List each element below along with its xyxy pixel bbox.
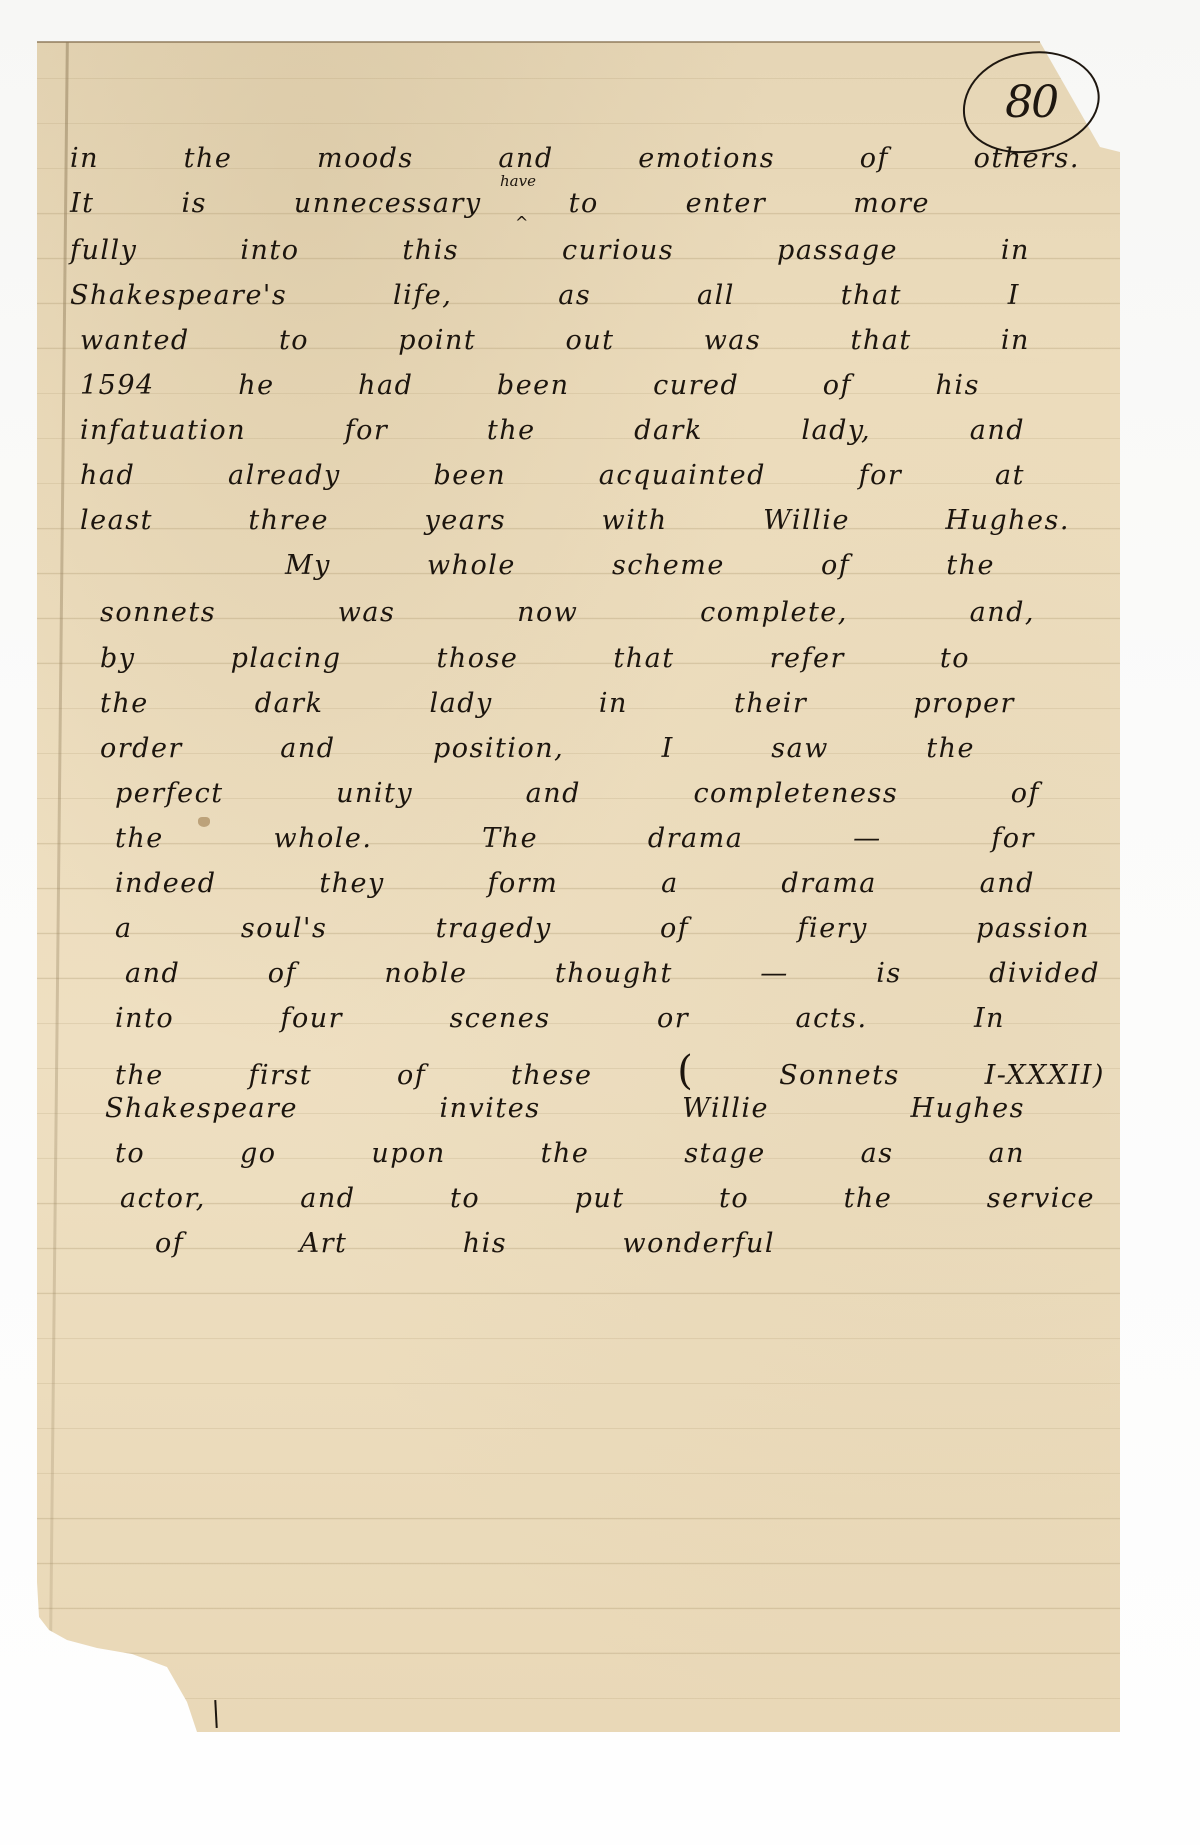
word: thought	[555, 958, 673, 989]
manuscript-line: and of noble thought — is divided	[125, 958, 1100, 989]
word: 1594	[80, 370, 155, 401]
word: for	[859, 460, 903, 491]
word: the	[184, 143, 233, 174]
manuscript-line: 1594 he had been cured of his	[80, 370, 980, 401]
word: to	[115, 1138, 145, 1169]
word: was	[338, 597, 396, 628]
word: as	[558, 280, 591, 311]
word: soul's	[241, 913, 327, 944]
manuscript-line: in the moods and emotions of others.	[70, 143, 1080, 174]
word: to	[279, 325, 309, 356]
manuscript-line: had already been acquainted for at	[80, 460, 1025, 491]
word: was	[704, 325, 762, 356]
word: their	[734, 688, 807, 719]
word: Hughes.	[945, 505, 1070, 536]
word: for	[991, 823, 1035, 854]
word: of	[397, 1060, 426, 1091]
word: complete,	[700, 597, 848, 628]
word: Hughes	[911, 1093, 1025, 1124]
word: form	[488, 868, 559, 899]
word: (	[677, 1048, 694, 1094]
word: put	[575, 1183, 625, 1214]
word: an	[988, 1138, 1025, 1169]
word: by	[100, 643, 136, 674]
word: refer	[770, 643, 845, 674]
word: he	[238, 370, 274, 401]
word: dark	[634, 415, 703, 446]
manuscript-line: actor, and to put to the service	[120, 1183, 1095, 1214]
word: Sonnets	[779, 1060, 900, 1091]
word: had	[358, 370, 413, 401]
manuscript-line: least three years with Willie Hughes.	[80, 505, 1070, 536]
word: I-XXXII)	[985, 1060, 1105, 1091]
word: four	[281, 1003, 344, 1034]
word: lady,	[801, 415, 871, 446]
manuscript-line: by placing those that refer to	[100, 643, 970, 674]
word: his	[936, 370, 980, 401]
word: of	[823, 370, 852, 401]
word: as	[861, 1138, 894, 1169]
ink-stain	[198, 817, 210, 827]
word: sonnets	[100, 597, 216, 628]
word: his	[463, 1228, 507, 1259]
manuscript-line: order and position, I saw the	[100, 733, 975, 764]
word: My	[285, 550, 331, 581]
word: Willie	[682, 1093, 769, 1124]
word: to	[940, 643, 970, 674]
paper-top-edge	[37, 41, 1040, 43]
word: that	[613, 643, 674, 674]
word: —	[853, 823, 882, 854]
word: passage	[777, 235, 898, 266]
manuscript-line: fully into this curious passage in	[70, 235, 1030, 266]
manuscript-line: My whole scheme of the	[285, 550, 995, 581]
word: and,	[970, 597, 1035, 628]
word: point	[398, 325, 476, 356]
word: fiery	[798, 913, 868, 944]
word: of	[860, 143, 889, 174]
word: passion	[976, 913, 1090, 944]
word: the	[946, 550, 995, 581]
word: acquainted	[599, 460, 766, 491]
word: those	[437, 643, 519, 674]
word: first	[248, 1060, 312, 1091]
page-number: 80	[1005, 77, 1057, 128]
word: they	[319, 868, 384, 899]
word: and	[970, 415, 1025, 446]
word: unity	[336, 778, 413, 809]
word: with	[602, 505, 668, 536]
word: the	[926, 733, 975, 764]
word: Art	[300, 1228, 348, 1259]
word: curious	[562, 235, 674, 266]
word: Shakespeare	[105, 1093, 298, 1124]
word: actor,	[120, 1183, 206, 1214]
word: these	[511, 1060, 593, 1091]
manuscript-line: wanted to point out was that in	[80, 325, 1030, 356]
word: scheme	[612, 550, 725, 581]
word: to	[569, 188, 599, 219]
word: others.	[974, 143, 1080, 174]
word: service	[987, 1183, 1095, 1214]
word: this	[402, 235, 459, 266]
word: a	[661, 868, 679, 899]
word: invites	[440, 1093, 541, 1124]
word: moods	[317, 143, 414, 174]
word: —	[760, 958, 789, 989]
manuscript-line: infatuation for the dark lady, and	[80, 415, 1025, 446]
word: at	[995, 460, 1025, 491]
word: Willie	[763, 505, 850, 536]
word: into	[115, 1003, 174, 1034]
word: wonderful	[623, 1228, 775, 1259]
word: in	[1001, 235, 1030, 266]
word: I	[662, 733, 674, 764]
word: whole	[427, 550, 516, 581]
word: of	[1011, 778, 1040, 809]
word: the	[100, 688, 149, 719]
manuscript-line: It is unnecessary to enter more	[70, 188, 930, 219]
word: stage	[684, 1138, 766, 1169]
manuscript-line: of Art his wonderful	[155, 1228, 775, 1259]
word: and	[280, 733, 335, 764]
word: years	[425, 505, 507, 536]
word: more	[853, 188, 930, 219]
word: the	[487, 415, 536, 446]
word: divided	[989, 958, 1100, 989]
word: placing	[231, 643, 342, 674]
word: is	[181, 188, 207, 219]
word: and	[980, 868, 1035, 899]
word: It	[70, 188, 95, 219]
word: life,	[393, 280, 452, 311]
word: dark	[255, 688, 324, 719]
word: the	[541, 1138, 590, 1169]
word: infatuation	[80, 415, 246, 446]
word: drama	[781, 868, 877, 899]
word: that	[851, 325, 912, 356]
word: perfect	[115, 778, 224, 809]
word: scenes	[449, 1003, 550, 1034]
word: whole.	[273, 823, 372, 854]
word: noble	[384, 958, 467, 989]
word: of	[268, 958, 297, 989]
word: to	[450, 1183, 480, 1214]
word: order	[100, 733, 183, 764]
word: been	[497, 370, 570, 401]
word: the	[844, 1183, 893, 1214]
manuscript-line: Shakespeare's life, as all that I	[70, 280, 1020, 311]
word: Shakespeare's	[70, 280, 287, 311]
word: In	[974, 1003, 1005, 1034]
word: upon	[371, 1138, 445, 1169]
word: in	[599, 688, 628, 719]
manuscript-line: the whole. The drama — for	[115, 823, 1035, 854]
word: been	[433, 460, 506, 491]
word: lady	[430, 688, 493, 719]
word: three	[248, 505, 329, 536]
word: into	[240, 235, 299, 266]
word: the	[115, 823, 164, 854]
word: had	[80, 460, 135, 491]
word: The	[482, 823, 538, 854]
manuscript-line: a soul's tragedy of fiery passion	[115, 913, 1090, 944]
word: saw	[771, 733, 829, 764]
manuscript-line: indeed they form a drama and	[115, 868, 1035, 899]
manuscript-line: perfect unity and completeness of	[115, 778, 1040, 809]
manuscript-line: sonnets was now complete, and,	[100, 597, 1035, 628]
word: acts.	[796, 1003, 868, 1034]
word: tragedy	[436, 913, 552, 944]
manuscript-line: Shakespeare invites Willie Hughes	[105, 1093, 1025, 1124]
manuscript-line: into four scenes or acts. In	[115, 1003, 1005, 1034]
word: I	[1008, 280, 1020, 311]
word: the	[115, 1060, 164, 1091]
word: and	[300, 1183, 355, 1214]
manuscript-line: the dark lady in their proper	[100, 688, 1015, 719]
manuscript-line: to go upon the stage as an	[115, 1138, 1025, 1169]
word: to	[719, 1183, 749, 1214]
word: already	[228, 460, 341, 491]
word: fully	[70, 235, 137, 266]
word: enter	[686, 188, 767, 219]
word: completeness	[693, 778, 898, 809]
word: and	[125, 958, 180, 989]
word: unnecessary	[294, 188, 482, 219]
word: and	[498, 143, 553, 174]
word: a	[115, 913, 133, 944]
word: in	[1001, 325, 1030, 356]
word: in	[70, 143, 99, 174]
word: of	[660, 913, 689, 944]
word: all	[697, 280, 735, 311]
word: or	[657, 1003, 689, 1034]
word: now	[517, 597, 578, 628]
word: wanted	[80, 325, 190, 356]
word: is	[876, 958, 902, 989]
word: for	[345, 415, 389, 446]
word: go	[240, 1138, 277, 1169]
word: least	[80, 505, 153, 536]
word: that	[841, 280, 902, 311]
word: and	[526, 778, 581, 809]
word: of	[821, 550, 850, 581]
word: of	[155, 1228, 184, 1259]
word: emotions	[638, 143, 775, 174]
word: out	[565, 325, 614, 356]
word: cured	[653, 370, 739, 401]
manuscript-line: the first of these ( Sonnets I-XXXII)	[115, 1048, 1105, 1094]
word: drama	[648, 823, 744, 854]
word: indeed	[115, 868, 217, 899]
word: proper	[913, 688, 1015, 719]
word: position,	[433, 733, 564, 764]
